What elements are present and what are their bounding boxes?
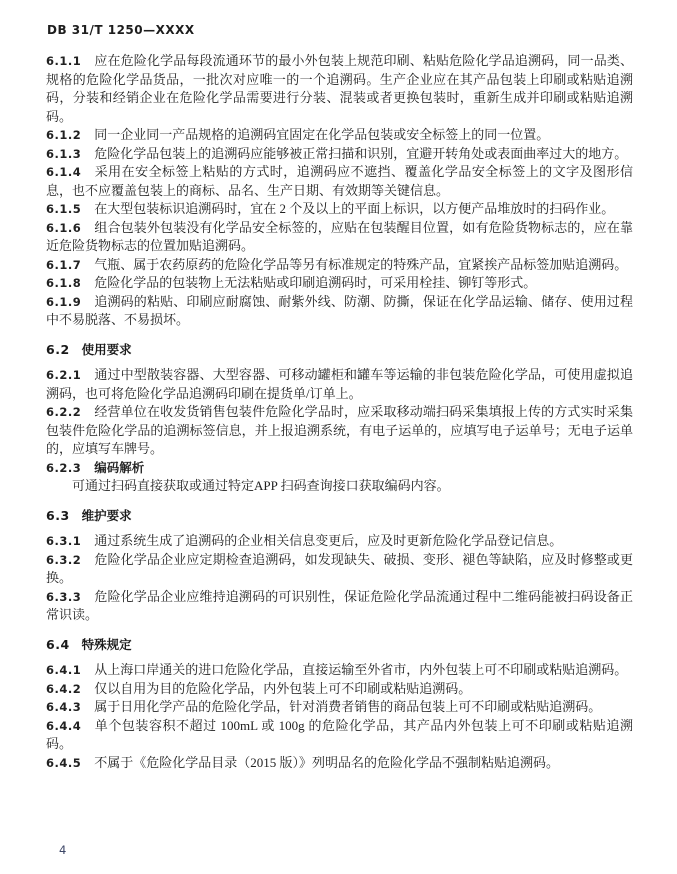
document-page: DB 31/T 1250—XXXX 6.1.1应在危险化学品每段流通环节的最小外… <box>0 0 677 874</box>
clause-text: 危险化学品企业应定期检查追溯码，如发现缺失、破损、变形、褪色等缺陷，应及时修整或… <box>46 552 633 586</box>
clause-text: 危险化学品的包装物上无法粘贴或印刷追溯码时，可采用栓挂、铆钉等形式。 <box>94 275 536 290</box>
clause-6-2-3-body: 可通过扫码直接获取或通过特定APP 扫码查询接口获取编码内容。 <box>46 477 633 496</box>
clause-number: 6.2.3 <box>46 461 81 475</box>
clause-number: 6.1.8 <box>46 276 81 290</box>
section-heading-6-2: 6.2使用要求 <box>46 341 633 360</box>
section-number: 6.4 <box>46 637 70 652</box>
clause-6-1-7: 6.1.7气瓶、属于农药原药的危险化学品等另有标准规定的特殊产品，宜紧挨产品标签… <box>46 256 633 275</box>
section-title: 使用要求 <box>82 342 132 357</box>
clause-text: 仅以自用为目的危险化学品，内外包装上可不印刷或粘贴追溯码。 <box>94 681 471 696</box>
clause-number: 6.1.5 <box>46 202 81 216</box>
clause-6-1-3: 6.1.3危险化学品包装上的追溯码应能够被正常扫描和识别，宜避开转角处或表面曲率… <box>46 145 633 164</box>
clause-number: 6.2.1 <box>46 368 81 382</box>
clause-number: 6.4.3 <box>46 700 81 714</box>
clause-text: 在大型包装标识追溯码时，宜在 2 个及以上的平面上标识，以方便产品堆放时的扫码作… <box>94 201 614 216</box>
clause-text: 追溯码的粘贴、印刷应耐腐蚀、耐紫外线、防潮、防撕，保证在化学品运输、储存、使用过… <box>46 294 633 328</box>
clause-title: 编码解析 <box>94 460 144 475</box>
clause-number: 6.1.1 <box>46 54 81 68</box>
clause-number: 6.1.6 <box>46 221 81 235</box>
section-number: 6.2 <box>46 342 70 357</box>
clause-number: 6.3.2 <box>46 553 81 567</box>
clause-text: 通过中型散装容器、大型容器、可移动罐柜和罐车等运输的非包装危险化学品，可使用虚拟… <box>46 367 633 401</box>
clause-6-1-9: 6.1.9追溯码的粘贴、印刷应耐腐蚀、耐紫外线、防潮、防撕，保证在化学品运输、储… <box>46 293 633 330</box>
section-title: 维护要求 <box>82 508 132 523</box>
clause-6-1-8: 6.1.8危险化学品的包装物上无法粘贴或印刷追溯码时，可采用栓挂、铆钉等形式。 <box>46 274 633 293</box>
clause-number: 6.1.7 <box>46 258 81 272</box>
clause-6-3-1: 6.3.1通过系统生成了追溯码的企业相关信息变更后，应及时更新危险化学品登记信息… <box>46 532 633 551</box>
clause-number: 6.4.1 <box>46 663 81 677</box>
clause-6-4-5: 6.4.5不属于《危险化学品目录（2015 版）》列明品名的危险化学品不强制粘贴… <box>46 754 633 773</box>
section-heading-6-3: 6.3维护要求 <box>46 507 633 526</box>
document-body: 6.1.1应在危险化学品每段流通环节的最小外包装上规范印刷、粘贴危险化学品追溯码… <box>46 52 633 772</box>
clause-text: 通过系统生成了追溯码的企业相关信息变更后，应及时更新危险化学品登记信息。 <box>94 533 562 548</box>
clause-number: 6.4.4 <box>46 719 81 733</box>
clause-6-4-3: 6.4.3属于日用化学产品的危险化学品，针对消费者销售的商品包装上可不印刷或粘贴… <box>46 698 633 717</box>
clause-6-3-3: 6.3.3危险化学品企业应维持追溯码的可识别性，保证危险化学品流通过程中二维码能… <box>46 588 633 625</box>
clause-text: 属于日用化学产品的危险化学品，针对消费者销售的商品包装上可不印刷或粘贴追溯码。 <box>94 699 601 714</box>
clause-number: 6.4.5 <box>46 756 81 770</box>
clause-6-4-1: 6.4.1从上海口岸通关的进口危险化学品，直接运输至外省市，内外包装上可不印刷或… <box>46 661 633 680</box>
clause-number: 6.4.2 <box>46 682 81 696</box>
clause-6-1-1: 6.1.1应在危险化学品每段流通环节的最小外包装上规范印刷、粘贴危险化学品追溯码… <box>46 52 633 126</box>
clause-text: 同一企业同一产品规格的追溯码宜固定在化学品包装或安全标签上的同一位置。 <box>94 127 549 142</box>
clause-text: 不属于《危险化学品目录（2015 版）》列明品名的危险化学品不强制粘贴追溯码。 <box>94 755 559 770</box>
clause-text: 单个包装容积不超过 100mL 或 100g 的危险化学品，其产品内外包装上可不… <box>46 718 633 752</box>
clause-6-1-6: 6.1.6组合包装外包装没有化学品安全标签的，应贴在包装醒目位置，如有危险货物标… <box>46 219 633 256</box>
clause-number: 6.1.3 <box>46 147 81 161</box>
clause-number: 6.3.1 <box>46 534 81 548</box>
clause-6-1-4: 6.1.4采用在安全标签上粘贴的方式时，追溯码应不遮挡、覆盖化学品安全标签上的文… <box>46 163 633 200</box>
clause-text: 组合包装外包装没有化学品安全标签的，应贴在包装醒目位置，如有危险货物标志的，应在… <box>46 220 633 254</box>
clause-text: 采用在安全标签上粘贴的方式时，追溯码应不遮挡、覆盖化学品安全标签上的文字及图形信… <box>46 164 633 198</box>
clause-6-2-2: 6.2.2经营单位在收发货销售包装件危险化学品时，应采取移动端扫码采集填报上传的… <box>46 403 633 459</box>
section-title: 特殊规定 <box>82 637 132 652</box>
clause-text: 经营单位在收发货销售包装件危险化学品时，应采取移动端扫码采集填报上传的方式实时采… <box>46 404 633 456</box>
section-heading-6-4: 6.4特殊规定 <box>46 636 633 655</box>
clause-text: 气瓶、属于农药原药的危险化学品等另有标准规定的特殊产品，宜紧挨产品标签加贴追溯码… <box>94 257 627 272</box>
clause-6-3-2: 6.3.2危险化学品企业应定期检查追溯码，如发现缺失、破损、变形、褪色等缺陷，应… <box>46 551 633 588</box>
clause-number: 6.1.4 <box>46 165 81 179</box>
section-number: 6.3 <box>46 508 70 523</box>
clause-number: 6.2.2 <box>46 405 81 419</box>
page-number: 4 <box>59 843 66 857</box>
clause-6-2-1: 6.2.1通过中型散装容器、大型容器、可移动罐柜和罐车等运输的非包装危险化学品，… <box>46 366 633 403</box>
document-code-header: DB 31/T 1250—XXXX <box>47 23 195 37</box>
clause-6-4-4: 6.4.4单个包装容积不超过 100mL 或 100g 的危险化学品，其产品内外… <box>46 717 633 754</box>
clause-number: 6.1.9 <box>46 295 81 309</box>
clause-6-2-3: 6.2.3编码解析 <box>46 459 633 478</box>
clause-number: 6.3.3 <box>46 590 81 604</box>
clause-text: 从上海口岸通关的进口危险化学品，直接运输至外省市，内外包装上可不印刷或粘贴追溯码… <box>94 662 627 677</box>
clause-text: 危险化学品企业应维持追溯码的可识别性，保证危险化学品流通过程中二维码能被扫码设备… <box>46 589 633 623</box>
clause-text: 危险化学品包装上的追溯码应能够被正常扫描和识别，宜避开转角处或表面曲率过大的地方… <box>94 146 627 161</box>
clause-6-1-2: 6.1.2同一企业同一产品规格的追溯码宜固定在化学品包装或安全标签上的同一位置。 <box>46 126 633 145</box>
clause-6-1-5: 6.1.5在大型包装标识追溯码时，宜在 2 个及以上的平面上标识，以方便产品堆放… <box>46 200 633 219</box>
clause-text: 应在危险化学品每段流通环节的最小外包装上规范印刷、粘贴危险化学品追溯码，同一品类… <box>46 53 633 124</box>
clause-number: 6.1.2 <box>46 128 81 142</box>
clause-6-4-2: 6.4.2仅以自用为目的危险化学品，内外包装上可不印刷或粘贴追溯码。 <box>46 680 633 699</box>
